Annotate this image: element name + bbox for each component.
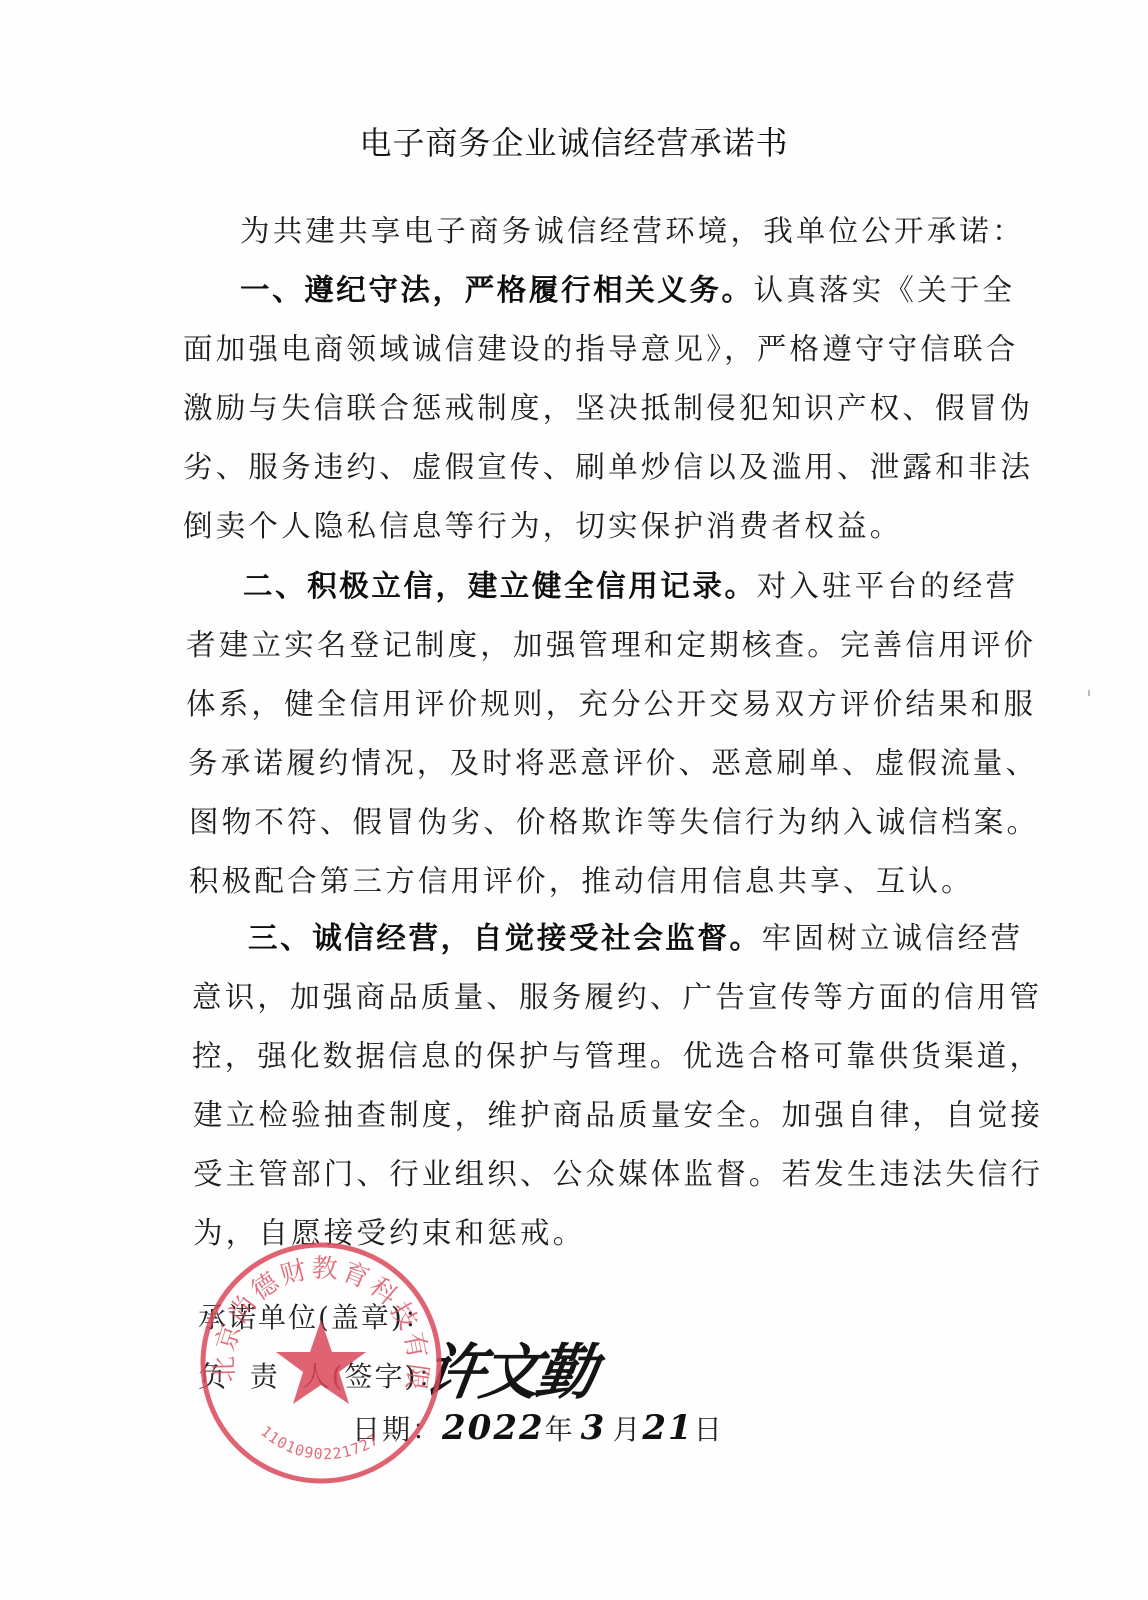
section-3-heading: 三、诚信经营，自觉接受社会监督。 xyxy=(248,920,762,955)
section-3-line-5: 为，自愿接受约束和惩戒。 xyxy=(193,1210,585,1252)
person-sign-label: 负 责 人(签字)： xyxy=(198,1355,447,1395)
section-3-line-0: 牢固树立诚信经营 xyxy=(762,921,1024,955)
section-1-heading: 一、遵纪守法，严格履行相关义务。 xyxy=(240,272,754,307)
date-year-suffix: 年 xyxy=(545,1413,575,1446)
intro-paragraph: 为共建共享电子商务诚信经营环境，我单位公开承诺： xyxy=(240,208,1025,250)
section-2-heading: 二、积极立信，建立健全信用记录。 xyxy=(243,568,757,603)
handwritten-signature: 许文勤 xyxy=(419,1325,599,1411)
section-1-line-4: 倒卖个人隐私信息等行为，切实保护消费者权益。 xyxy=(183,503,902,545)
date-month-suffix: 月 xyxy=(612,1413,642,1446)
section-2-line-0: 对入驻平台的经营 xyxy=(757,569,1019,603)
section-2-line-2: 体系，健全信用评价规则，充分公开交易双方评价结果和服 xyxy=(186,681,1036,723)
document-title: 电子商务企业诚信经营承诺书 xyxy=(0,118,1148,164)
scan-margin-mark xyxy=(1088,690,1090,696)
date-day-suffix: 日 xyxy=(694,1413,724,1446)
section-2-line-3: 务承诺履约情况，及时将恶意评价、恶意刷单、虚假流量、 xyxy=(188,740,1038,782)
section-1-line-0: 认真落实《关于全 xyxy=(754,273,1016,307)
date-year: 2022 xyxy=(442,1408,545,1448)
section-3-first-line: 三、诚信经营，自觉接受社会监督。牢固树立诚信经营 xyxy=(248,915,1023,957)
section-3-line-2: 控，强化数据信息的保护与管理。优选合格可靠供货渠道， xyxy=(192,1033,1042,1075)
section-3-line-1: 意识，加强商品质量、服务履约、广告宣传等方面的信用管 xyxy=(192,974,1042,1016)
section-2-line-1: 者建立实名登记制度，加强管理和定期核查。完善信用评价 xyxy=(186,622,1036,664)
date-line: 日期：2022年3月21日 xyxy=(352,1408,724,1448)
section-2-first-line: 二、积极立信，建立健全信用记录。对入驻平台的经营 xyxy=(243,563,1018,605)
unit-seal-label: 承诺单位(盖章)： xyxy=(198,1296,434,1336)
date-label: 日期： xyxy=(352,1413,442,1446)
document-page: 电子商务企业诚信经营承诺书 为共建共享电子商务诚信经营环境，我单位公开承诺： 一… xyxy=(0,0,1148,1600)
section-1-first-line: 一、遵纪守法，严格履行相关义务。认真落实《关于全 xyxy=(240,267,1015,309)
section-1-line-3: 劣、服务违约、虚假宣传、刷单炒信以及滥用、泄露和非法 xyxy=(183,444,1033,486)
section-2-line-5: 积极配合第三方信用评价，推动信用信息共享、互认。 xyxy=(189,858,974,900)
section-3-line-3: 建立检验抽查制度，维护商品质量安全。加强自律，自觉接 xyxy=(193,1092,1043,1134)
section-1-line-2: 激励与失信联合惩戒制度，坚决抵制侵犯知识产权、假冒伪 xyxy=(183,385,1033,427)
section-2-line-4: 图物不符、假冒伪劣、价格欺诈等失信行为纳入诚信档案。 xyxy=(189,799,1039,841)
section-1-line-1: 面加强电商领域诚信建设的指导意见》，严格遵守守信联合 xyxy=(183,326,1018,368)
date-month: 3 xyxy=(581,1408,607,1448)
date-day: 21 xyxy=(642,1408,693,1448)
section-3-line-4: 受主管部门、行业组织、公众媒体监督。若发生违法失信行 xyxy=(193,1151,1043,1193)
